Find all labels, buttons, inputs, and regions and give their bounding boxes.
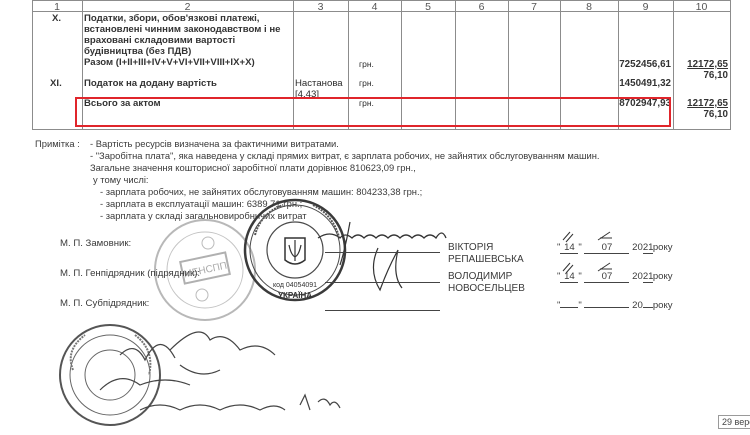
signature-date: "14" 07 2021року — [557, 271, 673, 283]
signature-date: "" 20року — [557, 300, 673, 311]
signature-label: М. П. Субпідрядник: — [60, 298, 149, 309]
date-tooltip: 29 вере — [718, 415, 750, 429]
signature-label: М. П. Генпідрядник (підрядник): — [60, 268, 200, 279]
signature-date: "14" 07 2021року — [557, 242, 673, 254]
signature-line — [325, 252, 440, 253]
signatory-first-name: ВІКТОРІЯ — [448, 242, 493, 254]
signatory-last-name: НОВОСЕЛЬЦЕВ — [448, 283, 525, 295]
signature-line — [325, 310, 440, 311]
signature-line — [325, 282, 440, 283]
signatory-last-name: РЕПАШЕВСЬКА — [448, 254, 524, 266]
signature-label: М. П. Замовник: — [60, 238, 131, 249]
signatory-first-name: ВОЛОДИМИР — [448, 271, 512, 283]
handwriting-icon — [0, 0, 750, 435]
